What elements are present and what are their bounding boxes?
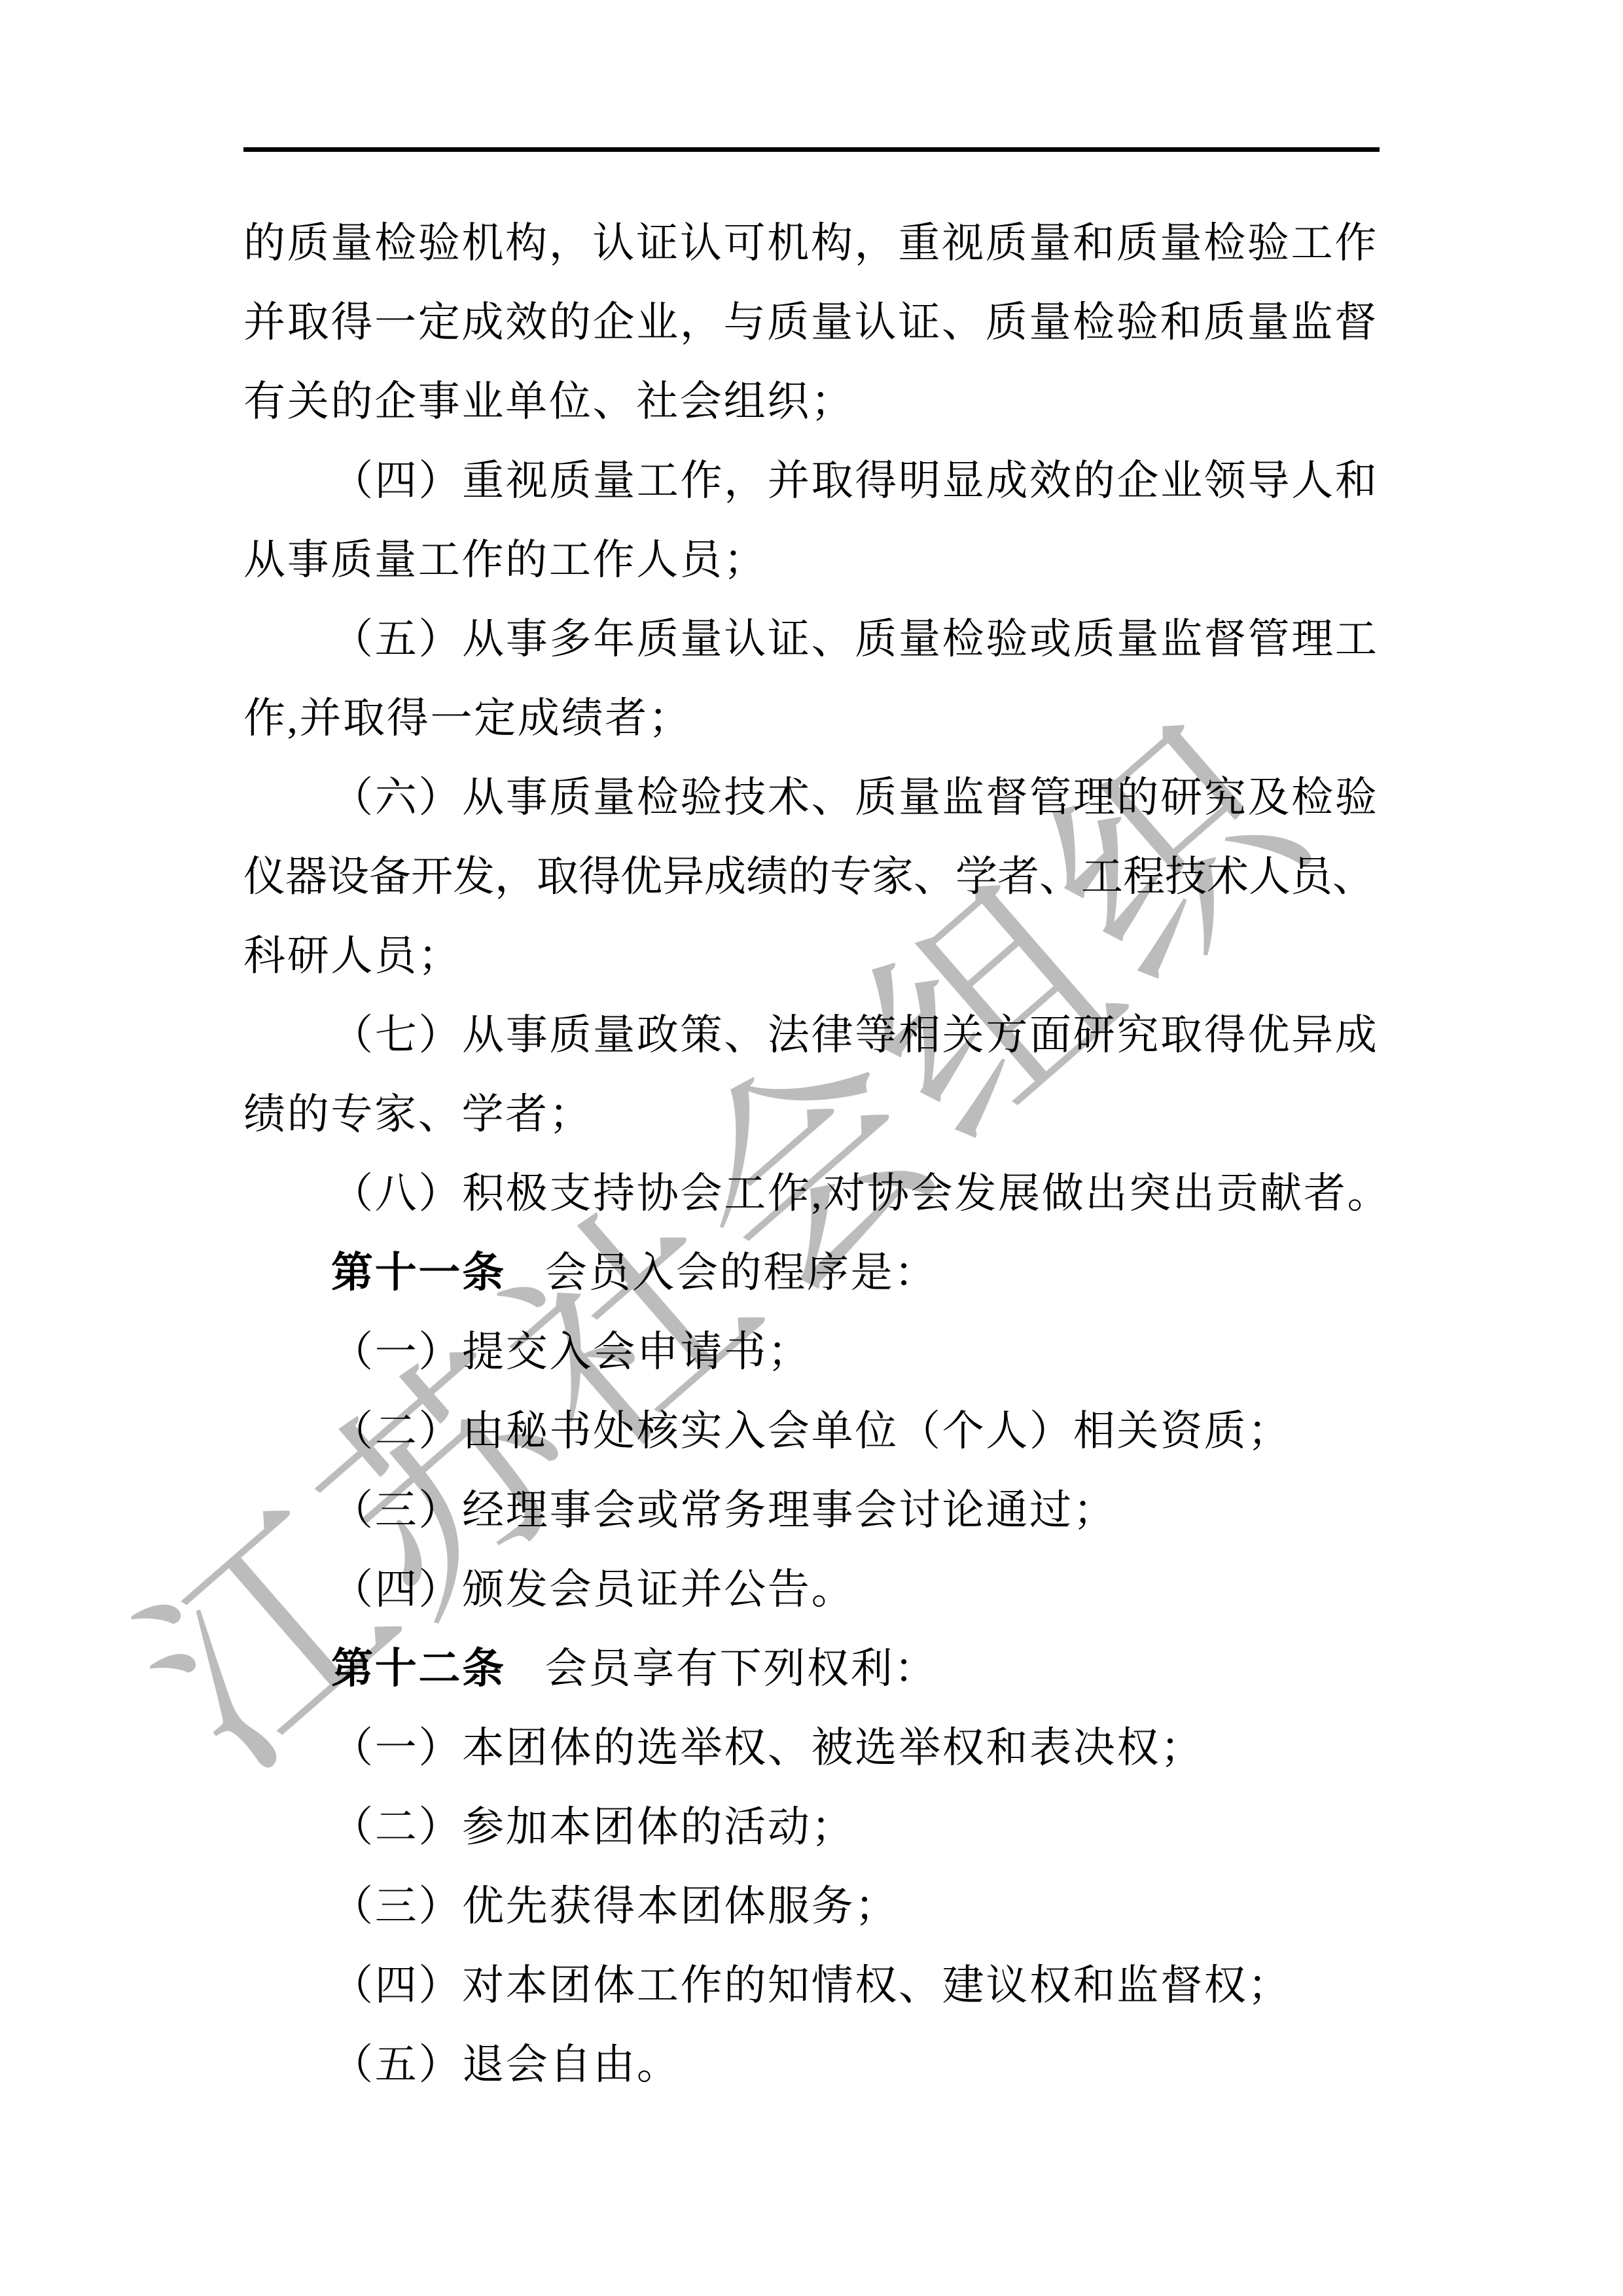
line-text: 会员入会的程序是： <box>545 1249 938 1296</box>
article-number: 第十一条 <box>331 1249 506 1296</box>
text-line: （二）参加本团体的活动； <box>243 1787 1380 1867</box>
text-line: （一）本团体的选举权、被选举权和表决权； <box>243 1708 1380 1787</box>
line-text: （六）从事质量检验技术、质量监督管理的研究及检验 <box>331 774 1379 821</box>
line-text: （四）重视质量工作，并取得明显成效的企业领导人和 <box>331 457 1379 504</box>
text-line: 第十二条会员享有下列权利： <box>243 1629 1380 1708</box>
line-text: 会员享有下列权利： <box>545 1645 938 1692</box>
line-text: （二）参加本团体的活动； <box>331 1804 855 1850</box>
text-line: 第十一条会员入会的程序是： <box>243 1233 1380 1312</box>
text-line: （七）从事质量政策、法律等相关方面研究取得优异成 <box>243 996 1380 1075</box>
line-text: 作,并取得一定成绩者； <box>243 695 692 742</box>
line-text: 仪器设备开发，取得优异成绩的专家、学者、工程技术人员、 <box>243 853 1374 900</box>
text-line: 科研人员； <box>243 916 1380 996</box>
text-line: （六）从事质量检验技术、质量监督管理的研究及检验 <box>243 758 1380 837</box>
line-text: （三）经理事会或常务理事会讨论通过； <box>331 1487 1116 1534</box>
text-line: （三）经理事会或常务理事会讨论通过； <box>243 1471 1380 1550</box>
line-text: （五）退会自由。 <box>331 2041 681 2088</box>
text-line: （四）对本团体工作的知情权、建议权和监督权； <box>243 1946 1380 2025</box>
line-text: （三）优先获得本团体服务； <box>331 1883 899 1929</box>
text-line: 从事质量工作的工作人员； <box>243 520 1380 600</box>
line-text: 从事质量工作的工作人员； <box>243 537 767 583</box>
line-text: 有关的企事业单位、社会组织； <box>243 378 855 425</box>
header-rule <box>243 147 1380 152</box>
line-text: （一）本团体的选举权、被选举权和表决权； <box>331 1725 1204 1771</box>
line-text: （一）提交入会申请书； <box>331 1329 811 1375</box>
line-text: （四）对本团体工作的知情权、建议权和监督权； <box>331 1962 1291 2009</box>
text-line: 作,并取得一定成绩者； <box>243 679 1380 758</box>
text-line: 有关的企事业单位、社会组织； <box>243 362 1380 441</box>
line-text: （八）积极支持协会工作,对协会发展做出突出贡献者。 <box>331 1170 1391 1217</box>
line-text: 的质量检验机构，认证认可机构，重视质量和质量检验工作 <box>243 220 1378 266</box>
line-text: （五）从事多年质量认证、质量检验或质量监督管理工 <box>331 616 1379 662</box>
text-line: （二）由秘书处核实入会单位（个人）相关资质； <box>243 1391 1380 1471</box>
text-line: 绩的专家、学者； <box>243 1075 1380 1154</box>
text-line: 并取得一定成效的企业，与质量认证、质量检验和质量监督 <box>243 283 1380 362</box>
article-number: 第十二条 <box>331 1645 506 1692</box>
text-line: （五）退会自由。 <box>243 2025 1380 2104</box>
text-line: （三）优先获得本团体服务； <box>243 1867 1380 1946</box>
line-text: （七）从事质量政策、法律等相关方面研究取得优异成 <box>331 1012 1379 1058</box>
text-line: （四）重视质量工作，并取得明显成效的企业领导人和 <box>243 441 1380 520</box>
text-line: （四）颁发会员证并公告。 <box>243 1550 1380 1629</box>
document-page: 江苏社会组织 的质量检验机构，认证认可机构，重视质量和质量检验工作 并取得一定成… <box>0 0 1623 2296</box>
document-body: 的质量检验机构，认证认可机构，重视质量和质量检验工作 并取得一定成效的企业，与质… <box>243 204 1380 2104</box>
text-line: （八）积极支持协会工作,对协会发展做出突出贡献者。 <box>243 1154 1380 1233</box>
line-text: 科研人员； <box>243 933 461 979</box>
line-text: （二）由秘书处核实入会单位（个人）相关资质； <box>331 1408 1291 1454</box>
text-line: 仪器设备开发，取得优异成绩的专家、学者、工程技术人员、 <box>243 837 1380 916</box>
text-line: （五）从事多年质量认证、质量检验或质量监督管理工 <box>243 600 1380 679</box>
line-text: 绩的专家、学者； <box>243 1091 593 1138</box>
line-text: 并取得一定成效的企业，与质量认证、质量检验和质量监督 <box>243 299 1378 346</box>
text-line: 的质量检验机构，认证认可机构，重视质量和质量检验工作 <box>243 204 1380 283</box>
line-text: （四）颁发会员证并公告。 <box>331 1566 855 1613</box>
text-line: （一）提交入会申请书； <box>243 1312 1380 1391</box>
